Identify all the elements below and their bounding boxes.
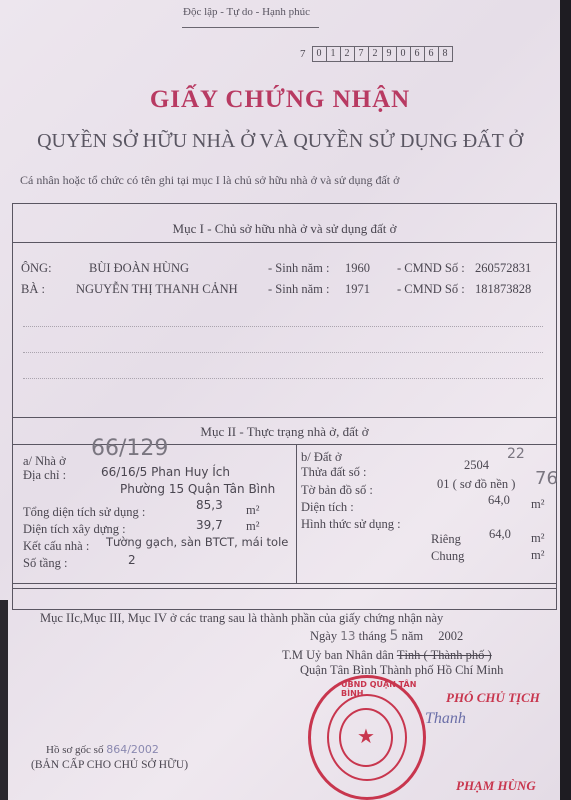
serial-digit: 7 (354, 46, 368, 62)
birth-label: - Sinh năm : (268, 282, 329, 297)
id-number: 181873828 (475, 282, 531, 297)
org-prefix: T.M Uỷ ban Nhân dân (282, 648, 394, 662)
day-label: Ngày (310, 629, 337, 643)
land-area-value: 64,0 (488, 493, 510, 508)
issue-date: Ngày 13 tháng 5 năm 2002 (310, 628, 463, 644)
national-emblem-icon: ★ (339, 708, 393, 767)
year-label: năm (402, 629, 424, 643)
year-value: 2002 (438, 629, 463, 643)
birth-year: 1971 (345, 282, 370, 297)
map-value: 01 ( sơ đồ nền ) (437, 477, 515, 492)
divider (13, 583, 556, 584)
month-value: 5 (390, 628, 399, 644)
national-motto: Độc lập - Tự do - Hạnh phúc (183, 6, 310, 18)
private-area-value: 64,0 (489, 527, 511, 542)
certificate-table: Mục I - Chủ sở hữu nhà ở và sử dụng đất … (12, 203, 557, 610)
address-line1: 66/16/5 Phan Huy Ích (101, 465, 230, 479)
serial-digit: 8 (438, 46, 453, 62)
owner-title: ÔNG: (21, 261, 52, 275)
floors-label: Số tầng : (23, 556, 67, 571)
house-label: a/ Nhà ở (23, 454, 66, 469)
intro-text: Cá nhân hoặc tổ chức có tên ghi tại mục … (20, 173, 399, 188)
built-area-value: 39,7 (196, 518, 223, 532)
unit: m² (531, 531, 544, 546)
serial-digit: 1 (326, 46, 340, 62)
owner-name: BÙI ĐOÀN HÙNG (89, 261, 189, 276)
signature: Thanh (425, 710, 466, 728)
signer-role: PHÓ CHỦ TỊCH (446, 690, 540, 706)
blank-line (23, 378, 543, 379)
map-handwritten-note: 76 (535, 468, 558, 489)
usage-label: Hình thức sử dụng : (301, 517, 401, 532)
land-area-label: Diện tích : (301, 500, 354, 515)
serial-digit: 6 (410, 46, 424, 62)
floors-value: 2 (128, 553, 136, 567)
day-value: 13 (340, 629, 355, 643)
map-label: Tờ bản đồ số : (301, 483, 373, 498)
divider (13, 242, 556, 243)
certificate-page: Độc lập - Tự do - Hạnh phúc 7 0127290668… (0, 0, 560, 800)
owner-2: BÀ : NGUYỄN THỊ THANH CẢNH - Sinh năm : … (21, 282, 45, 297)
org-struck-text: Tỉnh ( Thành phố ) (397, 648, 492, 662)
month-label: tháng (359, 629, 387, 643)
serial-prefix: 7 (300, 48, 306, 60)
structure-value: Tường gạch, sàn BTCT, mái tole (106, 535, 288, 549)
unit: m² (246, 503, 259, 518)
signer-name: PHẠM HÙNG (456, 778, 536, 794)
total-area-value: 85,3 (196, 498, 223, 512)
owner-1: ÔNG: BÙI ĐOÀN HÙNG - Sinh năm : 1960 - C… (21, 261, 52, 276)
document-subtitle: QUYỀN SỞ HỮU NHÀ Ở VÀ QUYỀN SỬ DỤNG ĐẤT … (0, 130, 560, 153)
official-stamp: ★ UBND QUẬN TÂN BÌNH (308, 675, 426, 800)
record-label: Hồ sơ gốc số (46, 744, 103, 756)
photo-edge (0, 600, 8, 800)
record-number: Hồ sơ gốc số 864/2002 (46, 743, 159, 756)
motto-underline (182, 27, 319, 28)
divider (13, 417, 556, 418)
column-divider (296, 444, 297, 583)
owner-title: BÀ : (21, 282, 45, 296)
id-label: - CMND Số : (397, 261, 465, 276)
stamp-text: UBND QUẬN TÂN BÌNH (341, 680, 423, 698)
blank-line (23, 352, 543, 353)
private-label: Riêng (431, 532, 461, 547)
birth-year: 1960 (345, 261, 370, 276)
id-label: - CMND Số : (397, 282, 465, 297)
unit: m² (531, 497, 544, 512)
footer-note: Mục IIc,Mục III, Mục IV ở các trang sau … (40, 611, 443, 626)
land-label: b/ Đất ở (301, 450, 342, 465)
address-line2: Phường 15 Quận Tân Bình (120, 482, 275, 496)
serial-digit: 2 (368, 46, 382, 62)
serial-digit: 0 (396, 46, 410, 62)
birth-label: - Sinh năm : (268, 261, 329, 276)
serial-digit: 6 (424, 46, 438, 62)
id-number: 260572831 (475, 261, 531, 276)
section1-heading: Mục I - Chủ sở hữu nhà ở và sử dụng đất … (13, 221, 556, 237)
serial-digit: 0 (312, 46, 326, 62)
photo-edge (560, 0, 571, 800)
unit: m² (531, 548, 544, 563)
owner-name: NGUYỄN THỊ THANH CẢNH (76, 282, 238, 297)
issuing-org-line1: T.M Uỷ ban Nhân dân Tỉnh ( Thành phố ) (282, 648, 492, 663)
serial-digit-boxes: 0127290668 (312, 46, 453, 62)
issuing-org-line2: Quận Tân Bình Thành phố Hồ Chí Minh (300, 663, 503, 678)
shared-label: Chung (431, 549, 464, 564)
structure-label: Kết cấu nhà : (23, 539, 89, 554)
serial-number: 7 0127290668 (300, 46, 453, 62)
handwritten-note: 66/129 (91, 436, 168, 461)
copy-for-owner: (BẢN CẤP CHO CHỦ SỞ HỮU) (31, 759, 188, 771)
record-number-value: 864/2002 (106, 743, 159, 756)
serial-digit: 2 (340, 46, 354, 62)
parcel-value: 2504 (464, 458, 489, 473)
blank-line (23, 326, 543, 327)
parcel-handwritten-note: 22 (507, 446, 525, 462)
document-title: GIẤY CHỨNG NHẬN (0, 86, 560, 114)
serial-digit: 9 (382, 46, 396, 62)
divider (13, 588, 556, 589)
parcel-label: Thửa đất số : (301, 465, 366, 480)
total-area-label: Tổng diện tích sử dụng : (23, 505, 145, 520)
address-label: Địa chỉ : (23, 468, 66, 483)
unit: m² (246, 519, 259, 534)
